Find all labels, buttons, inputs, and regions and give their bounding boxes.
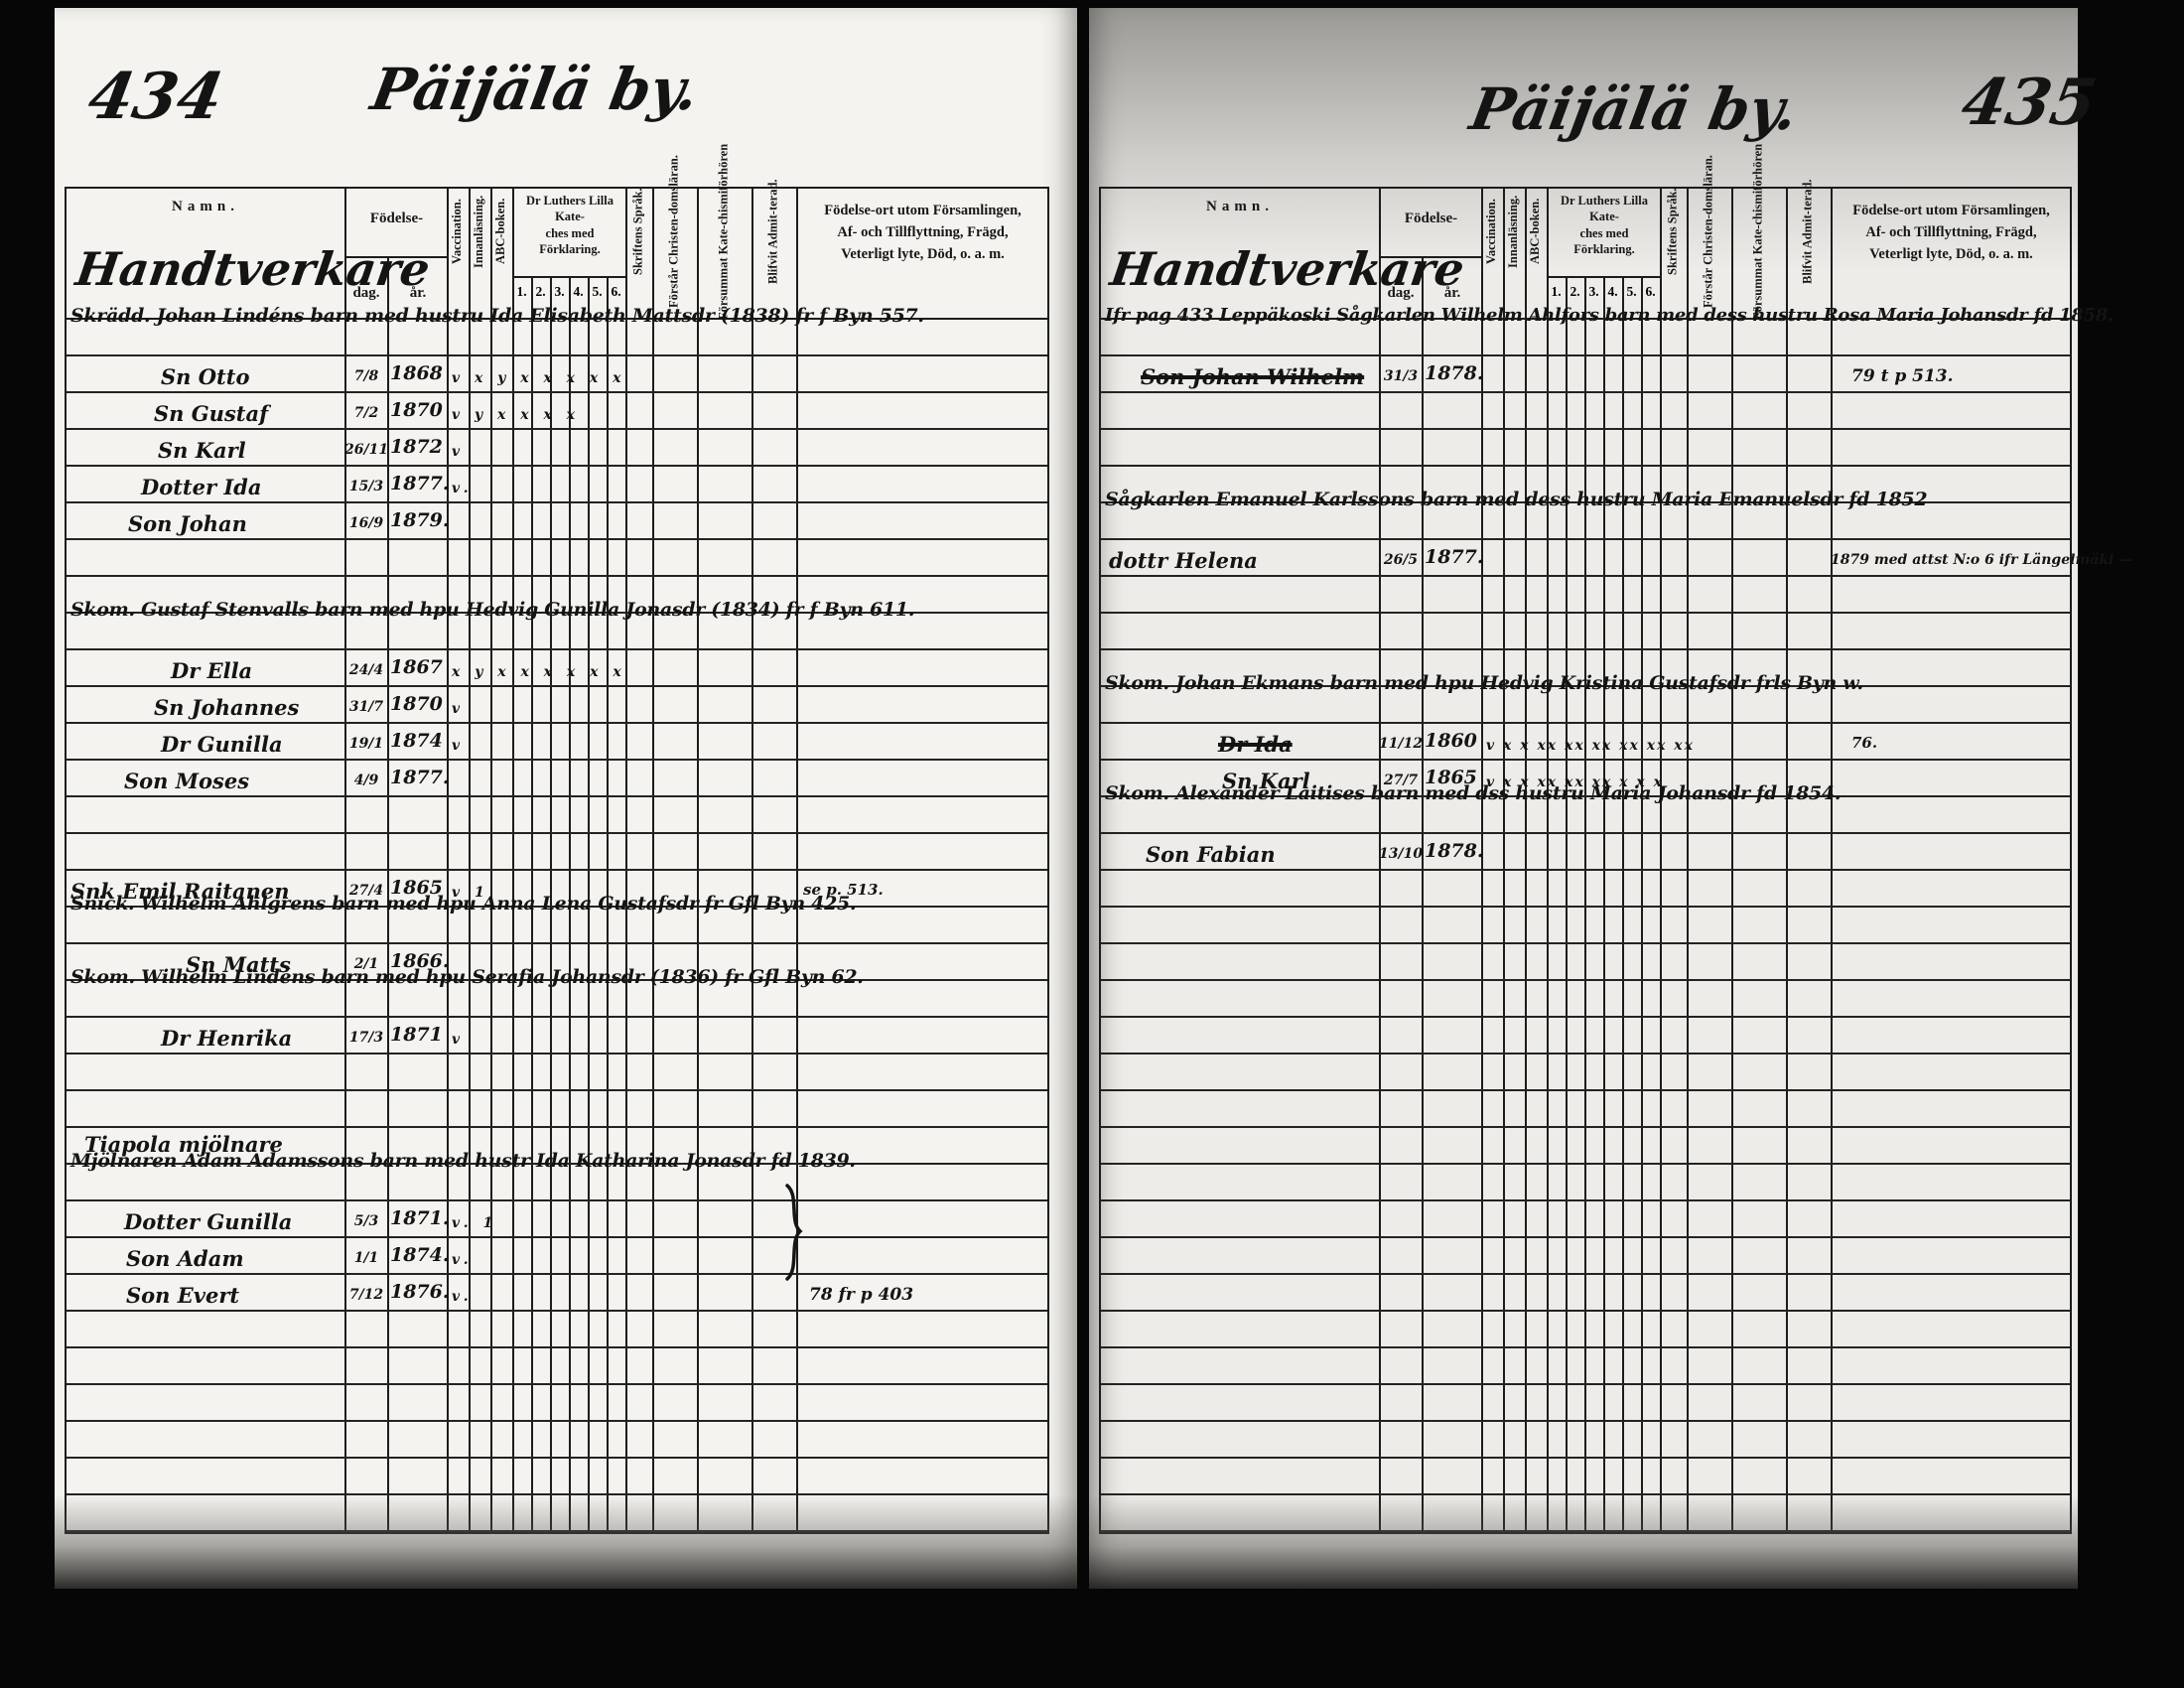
birth-year: 1871. [390, 1207, 450, 1229]
catechism-col-4: 4. [1603, 284, 1622, 300]
column-grid [67, 189, 1047, 1532]
catechism-col-6: 6. [607, 284, 625, 300]
name-column-header: Namn. [1101, 199, 1379, 215]
person-name: Dotter Ida [141, 475, 261, 499]
exam-marks: v [452, 701, 465, 717]
left-page-number: 434 [82, 60, 228, 134]
reading-header: Innanläsning. [1503, 143, 1525, 320]
person-name: Son Fabian [1146, 842, 1276, 867]
person-name: Son Johan Wilhelm [1141, 364, 1364, 389]
catechism-col-1: 1. [1547, 284, 1566, 300]
person-name: Dr Ida [1218, 732, 1293, 757]
birth-header: Födelse- [1379, 211, 1483, 227]
right-page-number: 435 [1956, 66, 2102, 140]
family-entry: Skrädd. Johan Lindéns barn med hustru Id… [70, 305, 924, 327]
remarks-header: Födelse-ort utom Församlingen, Af- och T… [798, 201, 1047, 265]
birth-year: 1872 [390, 436, 443, 458]
birth-day: 13/10 [1379, 846, 1423, 862]
birth-day-header: dag. [1379, 285, 1423, 302]
birth-day: 7/2 [344, 405, 388, 421]
margin-note: 76. [1851, 734, 1877, 752]
birth-year: 1874 [390, 730, 443, 752]
catechism-divider [1547, 276, 1662, 278]
scanned-parish-register: 434 Päijälä by. Namn. Handtverkare Födel… [0, 0, 2184, 1688]
birth-year: 1871 [390, 1024, 443, 1046]
family-entry: Skom. Alexander Laitises barn med dss hu… [1105, 782, 1841, 804]
person-name: Son Moses [124, 769, 249, 793]
birth-day: 11/12 [1379, 736, 1423, 752]
catechism-col-2: 2. [1566, 284, 1584, 300]
remarks-header-line3: Veterligt lyte, Död, o. a. m. [1833, 244, 2070, 266]
catechism-col-6: 6. [1641, 284, 1660, 300]
catechism-col-5: 5. [1622, 284, 1641, 300]
remarks-header-line2: Af- och Tillflyttning, Frägd, [798, 222, 1047, 244]
birth-year: 1877. [390, 767, 450, 788]
family-entry: Skom. Wilhelm Lindéns barn med hpu Seraf… [70, 966, 864, 988]
person-name: Dr Ella [171, 658, 252, 683]
birth-year: 1879. [390, 509, 450, 531]
missed-exams-header: Försummat Kate-chismiförhören [1731, 143, 1786, 320]
birth-year-header: år. [1423, 285, 1482, 302]
margin-note: 1879 med attst N:o 6 ifr Längelmäki — [1831, 552, 2132, 568]
catechism-col-4: 4. [569, 284, 588, 300]
person-name: Sn Gustaf [154, 401, 268, 426]
birth-day: 5/3 [344, 1213, 388, 1229]
exam-marks: v [452, 1032, 465, 1048]
birth-day: 26/5 [1379, 552, 1423, 568]
catechism-divider [512, 276, 627, 278]
birth-day: 26/11 [344, 442, 388, 458]
person-name: Sn Johannes [154, 695, 299, 720]
birth-year: 1878. [1425, 362, 1484, 384]
exam-marks: v. 1 [452, 1215, 497, 1231]
remarks-header-line1: Födelse-ort utom Församlingen, [1833, 201, 2070, 222]
exam-marks: v. [452, 1289, 474, 1305]
birth-day: 31/7 [344, 699, 388, 715]
right-page: Päijälä by. 435 Namn. Handtverkare Födel… [1089, 8, 2078, 1589]
exam-marks: v. [452, 1252, 474, 1268]
catechism-col-2: 2. [531, 284, 550, 300]
admitted-header: Blifvit Admit-terad. [1786, 143, 1831, 320]
remarks-header-line2: Af- och Tillflyttning, Frägd, [1833, 222, 2070, 244]
birth-day: 4/9 [344, 773, 388, 788]
family-entry: Sågkarlen Emanuel Karlssons barn med des… [1105, 489, 1927, 510]
catechism-col-3: 3. [550, 284, 569, 300]
exam-marks: v x y x x x x x [452, 370, 625, 386]
person-name: Son Johan [128, 511, 247, 536]
person-name: Sn Otto [161, 364, 249, 389]
catechism-header: Dr Luthers Lilla Kate- ches med Förklari… [514, 193, 625, 257]
birth-year: 1870 [390, 693, 443, 715]
birth-day: 19/1 [344, 736, 388, 752]
person-name: Dr Gunilla [161, 732, 283, 757]
person-name: Son Evert [126, 1283, 239, 1308]
birth-day: 15/3 [344, 479, 388, 494]
birth-year: 1860 [1425, 730, 1477, 752]
birth-year: 1867 [390, 656, 443, 678]
exam-marks: v. [452, 481, 474, 496]
birth-day: 7/12 [344, 1287, 388, 1303]
scripture-header: Skriftens Språk. [625, 143, 652, 320]
name-column-header: Namn. [67, 199, 344, 215]
birth-day: 31/3 [1379, 368, 1423, 384]
exam-marks: v [452, 738, 465, 754]
row-rules [67, 320, 1047, 1532]
catechism-col-5: 5. [588, 284, 607, 300]
catechism-header-line2: ches med Förklaring. [514, 225, 625, 258]
reading-header: Innanläsning. [469, 143, 490, 320]
person-name: dottr Helena [1109, 548, 1258, 573]
margin-note: 78 fr p 403 [809, 1285, 913, 1305]
family-entry: Skom. Gustaf Stenvalls barn med hpu Hedv… [70, 599, 914, 621]
understands-header: Förstår Christen-domsläran. [1687, 143, 1731, 320]
birth-year: 1868 [390, 362, 443, 384]
birth-year-header: år. [388, 285, 448, 302]
person-name: Son Adam [126, 1246, 244, 1271]
person-name: Dotter Gunilla [124, 1209, 292, 1234]
right-page-title: Päijälä by. [1465, 75, 1803, 143]
abc-book-header: ABC-boken. [1525, 143, 1547, 320]
scripture-header: Skriftens Språk. [1660, 143, 1687, 320]
abc-book-header: ABC-boken. [490, 143, 512, 320]
missed-exams-header: Försummat Kate-chismiförhören [697, 143, 751, 320]
catechism-col-3: 3. [1584, 284, 1603, 300]
remarks-header-line1: Födelse-ort utom Församlingen, [798, 201, 1047, 222]
exam-marks: x y x x x x x x [452, 664, 626, 680]
birth-year: 1878. [1425, 840, 1484, 862]
catechism-col-1: 1. [512, 284, 531, 300]
birth-year: 1877. [1425, 546, 1484, 568]
exam-marks: v y x x x x [452, 407, 580, 423]
family-entry: Ifr pag 433 Leppäkoski Sågkarlen Wilhelm… [1105, 305, 2114, 326]
birth-day: 7/8 [344, 368, 388, 384]
understands-header: Förstår Christen-domsläran. [652, 143, 697, 320]
exam-marks: v x x xx xx xx xx xx xx [1486, 738, 1695, 754]
family-entry: Snick. Wilhelm Ahlgrens barn med hpu Ann… [70, 893, 856, 914]
birth-day: 24/4 [344, 662, 388, 678]
margin-note: 79 t p 513. [1851, 366, 1954, 386]
brace-mark [783, 1184, 807, 1281]
catechism-header-line2: ches med Förklaring. [1549, 225, 1660, 258]
admitted-header: Blifvit Admit-terad. [751, 143, 796, 320]
left-page: 434 Päijälä by. Namn. Handtverkare Födel… [55, 8, 1077, 1589]
birth-day: 1/1 [344, 1250, 388, 1266]
person-name: Sn Karl [158, 438, 246, 463]
vaccination-header: Vaccination. [1481, 143, 1503, 320]
left-page-title: Päijälä by. [366, 56, 704, 123]
left-table: Namn. Handtverkare Födelse- dag. år. Vac… [65, 187, 1049, 1534]
birth-day-header: dag. [344, 285, 388, 302]
right-table: Namn. Handtverkare Födelse- dag. år. Vac… [1099, 187, 2072, 1534]
catechism-header-line1: Dr Luthers Lilla Kate- [1549, 193, 1660, 225]
family-entry: Skom. Johan Ekmans barn med hpu Hedvig K… [1105, 672, 1863, 694]
birth-year: 1877. [390, 473, 450, 494]
vaccination-header: Vaccination. [447, 143, 469, 320]
birth-year: 1874. [390, 1244, 450, 1266]
remarks-header: Födelse-ort utom Församlingen, Af- och T… [1833, 201, 2070, 265]
birth-year: 1870 [390, 399, 443, 421]
birth-header: Födelse- [344, 211, 449, 227]
remarks-header-line3: Veterligt lyte, Död, o. a. m. [798, 244, 1047, 266]
person-name: Dr Henrika [161, 1026, 292, 1051]
birth-year: 1876. [390, 1281, 450, 1303]
birth-day: 17/3 [344, 1030, 388, 1046]
birth-day: 16/9 [344, 515, 388, 531]
exam-marks: v [452, 444, 465, 460]
catechism-header-line1: Dr Luthers Lilla Kate- [514, 193, 625, 225]
family-entry: Mjölnaren Adam Adamssons barn med hustr … [70, 1150, 856, 1172]
catechism-header: Dr Luthers Lilla Kate- ches med Förklari… [1549, 193, 1660, 257]
